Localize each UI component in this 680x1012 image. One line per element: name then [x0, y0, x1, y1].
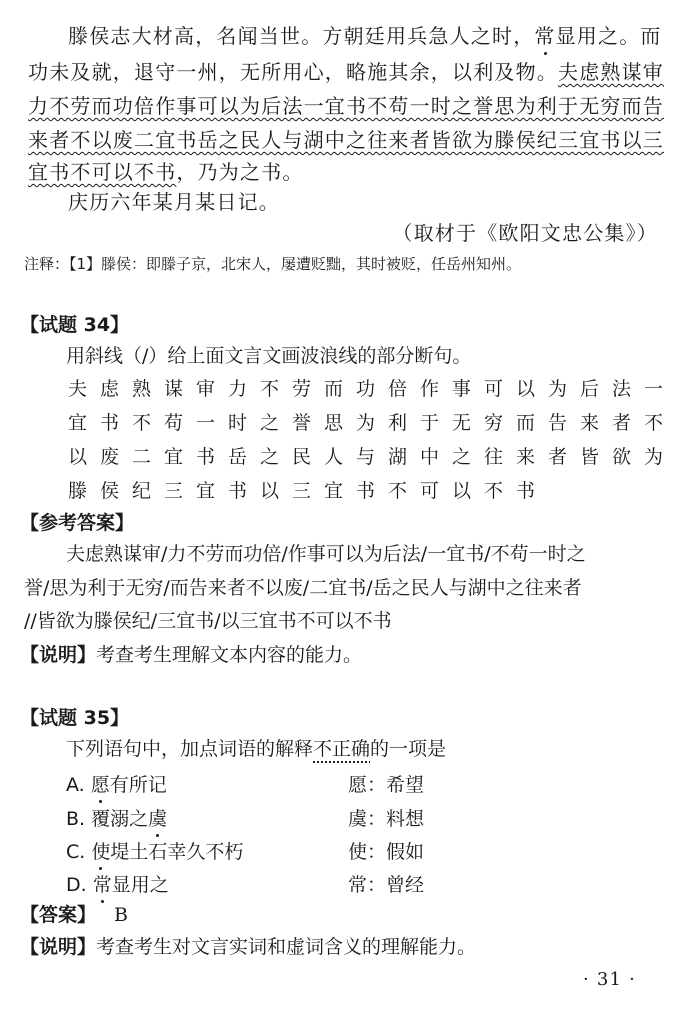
answer-value: B	[114, 904, 129, 926]
grid-char: 来	[516, 445, 548, 469]
grid-char: 滕	[68, 479, 100, 503]
grid-char: 无	[452, 411, 484, 435]
page-number: · 31 ·	[583, 968, 636, 992]
grid-char: 虑	[100, 377, 132, 401]
option-a-gloss: 愿：希望	[348, 770, 424, 797]
source-citation: （取材于《欧阳文忠公集》）	[392, 221, 658, 245]
grid-char: 为	[548, 377, 580, 401]
grid-char: 不	[484, 479, 516, 503]
passage-line-2: 功未及就，退守一州，无所用心，略施其余，以利及物。夫虑熟谋审	[28, 60, 664, 84]
grid-char: 于	[420, 411, 452, 435]
grid-char: 后	[580, 377, 612, 401]
grid-char: 之	[260, 445, 292, 469]
text: 显用之。而	[556, 24, 662, 48]
option-c: C. 使堤土石幸久不朽	[66, 837, 243, 864]
grid-char: 为	[644, 445, 676, 469]
explain-text: 考查考生对文言实词和虚词含义的理解能力。	[96, 936, 476, 958]
option-letter: B.	[66, 808, 85, 830]
grid-char: 湖	[388, 445, 420, 469]
option-text: 覆溺之	[91, 808, 148, 830]
q34-explanation: 【说明】考查考生理解文本内容的能力。	[20, 642, 362, 667]
grid-char: 可	[420, 479, 452, 503]
grid-char: 作	[420, 377, 452, 401]
dotted-text: 不正确	[313, 738, 370, 760]
grid-char: 誉	[292, 411, 324, 435]
passage-line-1: 滕侯志大材高，名闻当世。方朝廷用兵急人之时，常显用之。而	[68, 24, 662, 48]
grid-char: 一	[644, 377, 676, 401]
option-letter: A.	[66, 774, 85, 796]
text: ，乃为之书。	[176, 160, 303, 184]
grid-char: 者	[612, 411, 644, 435]
passage-line-4: 来者不以废二宜书岳之民人与湖中之往来者皆欲为滕侯纪三宜书以三	[28, 128, 664, 152]
grid-char: 侯	[100, 479, 132, 503]
grid-char: 思	[324, 411, 356, 435]
grid-char: 三	[164, 479, 196, 503]
q35-explanation: 【说明】考查考生对文言实词和虚词含义的理解能力。	[20, 934, 476, 959]
date-line: 庆历六年某月某日记。	[68, 190, 280, 214]
grid-char: 不	[260, 377, 292, 401]
q34-prompt: 用斜线（/）给上面文言文画波浪线的部分断句。	[66, 344, 471, 368]
grid-char: 不	[132, 411, 164, 435]
option-b-gloss: 虞：料想	[348, 804, 424, 831]
grid-char: 宜	[164, 445, 196, 469]
text: 功未及就，退守一州，无所用心，略施其余，以利及物。	[28, 60, 558, 84]
grid-char: 宜	[324, 479, 356, 503]
grid-char: 利	[388, 411, 420, 435]
grid-char: 以	[260, 479, 292, 503]
grid-char: 三	[292, 479, 324, 503]
grid-char: 不	[644, 411, 676, 435]
footnote: 注释：【1】滕侯：即滕子京，北宋人，屡遭贬黜，其时被贬，任岳州知州。	[24, 252, 521, 276]
grid-char: 人	[324, 445, 356, 469]
answer-header: 【参考答案】	[20, 511, 134, 535]
grid-char: 宜	[196, 479, 228, 503]
grid-char: 中	[420, 445, 452, 469]
grid-char: 审	[196, 377, 228, 401]
passage-line-3: 力不劳而功倍作事可以为后法一宜书不苟一时之誉思为利于无穷而告	[28, 94, 664, 118]
grid-char: 书	[516, 479, 548, 503]
option-c-gloss: 使：假如	[348, 837, 424, 864]
grid-char: 欲	[612, 445, 644, 469]
option-text: 堤土石幸久不朽	[110, 841, 243, 863]
grid-char: 纪	[132, 479, 164, 503]
option-text: 显用之	[112, 874, 169, 896]
text: 滕侯志大材高，名闻当世。方朝廷用兵急人之时，	[68, 24, 534, 48]
grid-char: 倍	[388, 377, 420, 401]
explain-header: 【说明】	[20, 644, 96, 666]
option-d-gloss: 常：曾经	[348, 870, 424, 897]
dotted-char: 使	[91, 841, 110, 863]
text: 的一项是	[370, 738, 446, 760]
grid-char: 谋	[164, 377, 196, 401]
text: 下列语句中，加点词语的解释	[66, 738, 313, 760]
answer-line-3: //皆欲为滕侯纪/三宜书/以三宜书不可以不书	[24, 609, 392, 633]
grid-char: 之	[260, 411, 292, 435]
grid-char: 以	[516, 377, 548, 401]
grid-char: 劳	[292, 377, 324, 401]
grid-char: 功	[356, 377, 388, 401]
grid-char: 时	[228, 411, 260, 435]
option-d: D. 常显用之	[66, 870, 169, 897]
q34-grid-row-2: 宜书不苟一时之誉思为利于无穷而告来者不	[68, 411, 676, 435]
option-letter: C.	[66, 841, 85, 863]
dotted-char: 愿	[91, 774, 110, 796]
grid-char: 苟	[164, 411, 196, 435]
grid-char: 书	[228, 479, 260, 503]
q34-grid-row-4: 滕侯纪三宜书以三宜书不可以不书	[68, 479, 548, 503]
q34-grid-row-1: 夫虑熟谋审力不劳而功倍作事可以为后法一	[68, 377, 676, 401]
grid-char: 宜	[68, 411, 100, 435]
grid-char: 一	[196, 411, 228, 435]
grid-char: 告	[548, 411, 580, 435]
grid-char: 而	[324, 377, 356, 401]
grid-char: 法	[612, 377, 644, 401]
grid-char: 而	[516, 411, 548, 435]
grid-char: 岳	[228, 445, 260, 469]
grid-char: 力	[228, 377, 260, 401]
option-b: B. 覆溺之虞	[66, 804, 167, 831]
grid-char: 二	[132, 445, 164, 469]
grid-char: 来	[580, 411, 612, 435]
grid-char: 书	[356, 479, 388, 503]
grid-char: 书	[100, 411, 132, 435]
q35-header: 【试题 35】	[20, 706, 129, 730]
grid-char: 皆	[580, 445, 612, 469]
grid-char: 事	[452, 377, 484, 401]
wavy-underlined-text: 宜书不可以不书	[28, 160, 176, 184]
q34-grid-row-3: 以废二宜书岳之民人与湖中之往来者皆欲为	[68, 445, 676, 469]
grid-char: 者	[548, 445, 580, 469]
grid-char: 熟	[132, 377, 164, 401]
option-text: 有所记	[110, 774, 167, 796]
passage-line-5: 宜书不可以不书，乃为之书。	[28, 160, 304, 184]
explain-header: 【说明】	[20, 936, 96, 958]
answer-line-1: 夫虑熟谋审/力不劳而功倍/作事可以为后法/一宜书/不苟一时之	[66, 542, 586, 566]
dotted-char: 常	[534, 24, 555, 48]
grid-char: 不	[388, 479, 420, 503]
grid-char: 书	[196, 445, 228, 469]
q34-header: 【试题 34】	[20, 313, 129, 337]
explain-text: 考查考生理解文本内容的能力。	[96, 644, 362, 666]
dotted-char: 虞	[148, 808, 167, 830]
grid-char: 以	[452, 479, 484, 503]
dotted-char: 常	[93, 874, 112, 896]
grid-char: 民	[292, 445, 324, 469]
grid-char: 夫	[68, 377, 100, 401]
option-a: A. 愿有所记	[66, 770, 167, 797]
grid-char: 与	[356, 445, 388, 469]
answer-line-2: 誉/思为利于无穷/而告来者不以废/二宜书/岳之民人与湖中之往来者	[24, 576, 582, 600]
answer-header: 【答案】	[20, 904, 96, 926]
grid-char: 往	[484, 445, 516, 469]
q35-answer: 【答案】B	[20, 902, 129, 927]
wavy-underlined-text: 夫虑熟谋审	[558, 60, 664, 84]
option-letter: D.	[66, 874, 87, 896]
grid-char: 穷	[484, 411, 516, 435]
q35-prompt: 下列语句中，加点词语的解释不正确的一项是	[66, 737, 446, 761]
grid-char: 以	[68, 445, 100, 469]
grid-char: 废	[100, 445, 132, 469]
grid-char: 之	[452, 445, 484, 469]
grid-char: 可	[484, 377, 516, 401]
grid-char: 为	[356, 411, 388, 435]
